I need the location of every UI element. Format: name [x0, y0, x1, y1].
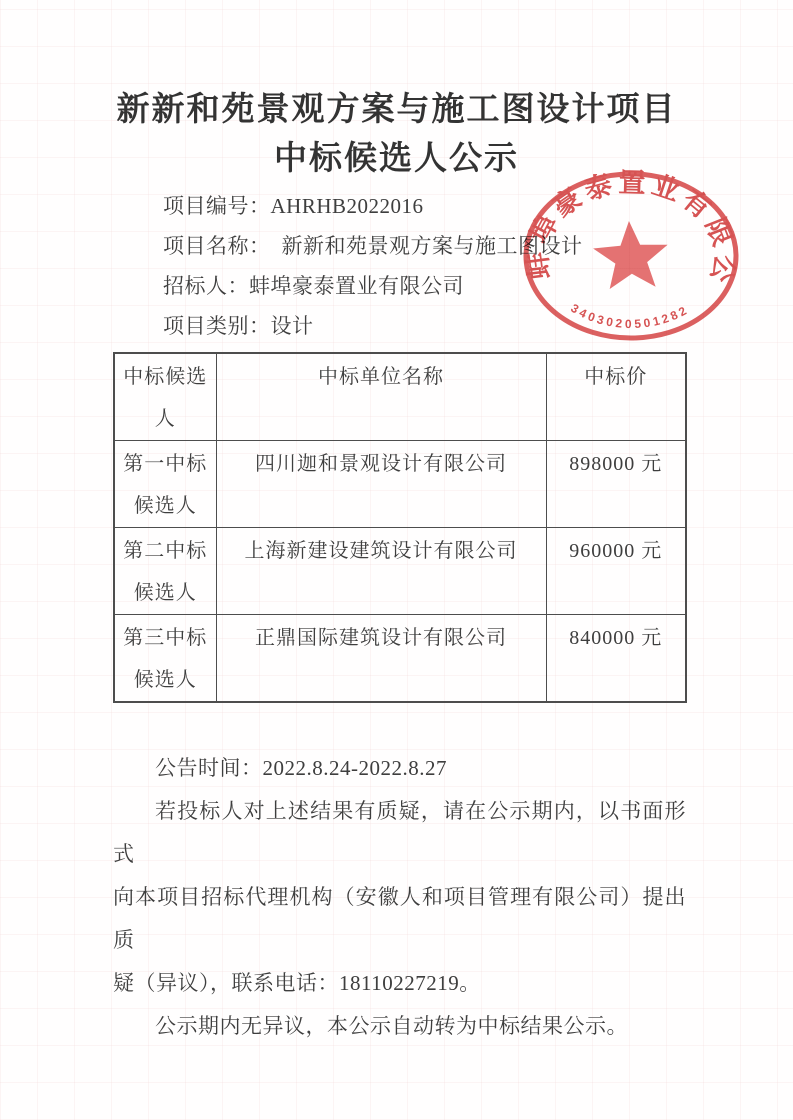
- project-info: 项目编号：AHRHB2022016 项目名称： 新新和苑景观方案与施工图设计 招…: [163, 186, 793, 346]
- closing-line: 公示期内无异议，本公示自动转为中标结果公示。: [113, 1005, 686, 1048]
- objection-line-1: 若投标人对上述结果有质疑，请在公示期内，以书面形式: [113, 790, 686, 876]
- candidate-rank-cell: 第三中标候选人: [114, 615, 216, 703]
- company-name-cell: 上海新建设建筑设计有限公司: [216, 528, 546, 615]
- page-title: 新新和苑景观方案与施工图设计项目 中标候选人公示: [0, 0, 793, 184]
- page-title-line2: 中标候选人公示: [0, 135, 793, 184]
- bid-price-cell: 840000 元: [546, 615, 686, 703]
- project-name-line: 项目名称： 新新和苑景观方案与施工图设计: [163, 226, 793, 266]
- objection-line-3: 疑（异议），联系电话：18110227219。: [113, 962, 686, 1005]
- header-candidate: 中标候选人: [114, 353, 216, 441]
- header-company: 中标单位名称: [216, 353, 546, 441]
- candidate-rank-cell: 第一中标候选人: [114, 441, 216, 528]
- table-row: 第三中标候选人 正鼎国际建筑设计有限公司 840000 元: [114, 615, 686, 703]
- announcement-document: 新新和苑景观方案与施工图设计项目 中标候选人公示 项目编号：AHRHB20220…: [0, 0, 793, 1120]
- tenderer-line: 招标人：蚌埠豪泰置业有限公司: [163, 266, 793, 306]
- bid-price-cell: 898000 元: [546, 441, 686, 528]
- footer-text: 公告时间：2022.8.24-2022.8.27 若投标人对上述结果有质疑，请在…: [113, 747, 686, 1048]
- header-price: 中标价: [546, 353, 686, 441]
- table-row: 第一中标候选人 四川迦和景观设计有限公司 898000 元: [114, 441, 686, 528]
- table-header-row: 中标候选人 中标单位名称 中标价: [114, 353, 686, 441]
- table-row: 第二中标候选人 上海新建设建筑设计有限公司 960000 元: [114, 528, 686, 615]
- project-number-line: 项目编号：AHRHB2022016: [163, 186, 793, 226]
- company-name-cell: 正鼎国际建筑设计有限公司: [216, 615, 546, 703]
- candidate-rank-cell: 第二中标候选人: [114, 528, 216, 615]
- bid-candidates-table: 中标候选人 中标单位名称 中标价 第一中标候选人 四川迦和景观设计有限公司 89…: [113, 352, 687, 703]
- page-title-line1: 新新和苑景观方案与施工图设计项目: [0, 86, 793, 135]
- company-name-cell: 四川迦和景观设计有限公司: [216, 441, 546, 528]
- objection-line-2: 向本项目招标代理机构（安徽人和项目管理有限公司）提出质: [113, 876, 686, 962]
- bid-price-cell: 960000 元: [546, 528, 686, 615]
- project-type-line: 项目类别：设计: [163, 306, 793, 346]
- announcement-time-line: 公告时间：2022.8.24-2022.8.27: [113, 747, 686, 790]
